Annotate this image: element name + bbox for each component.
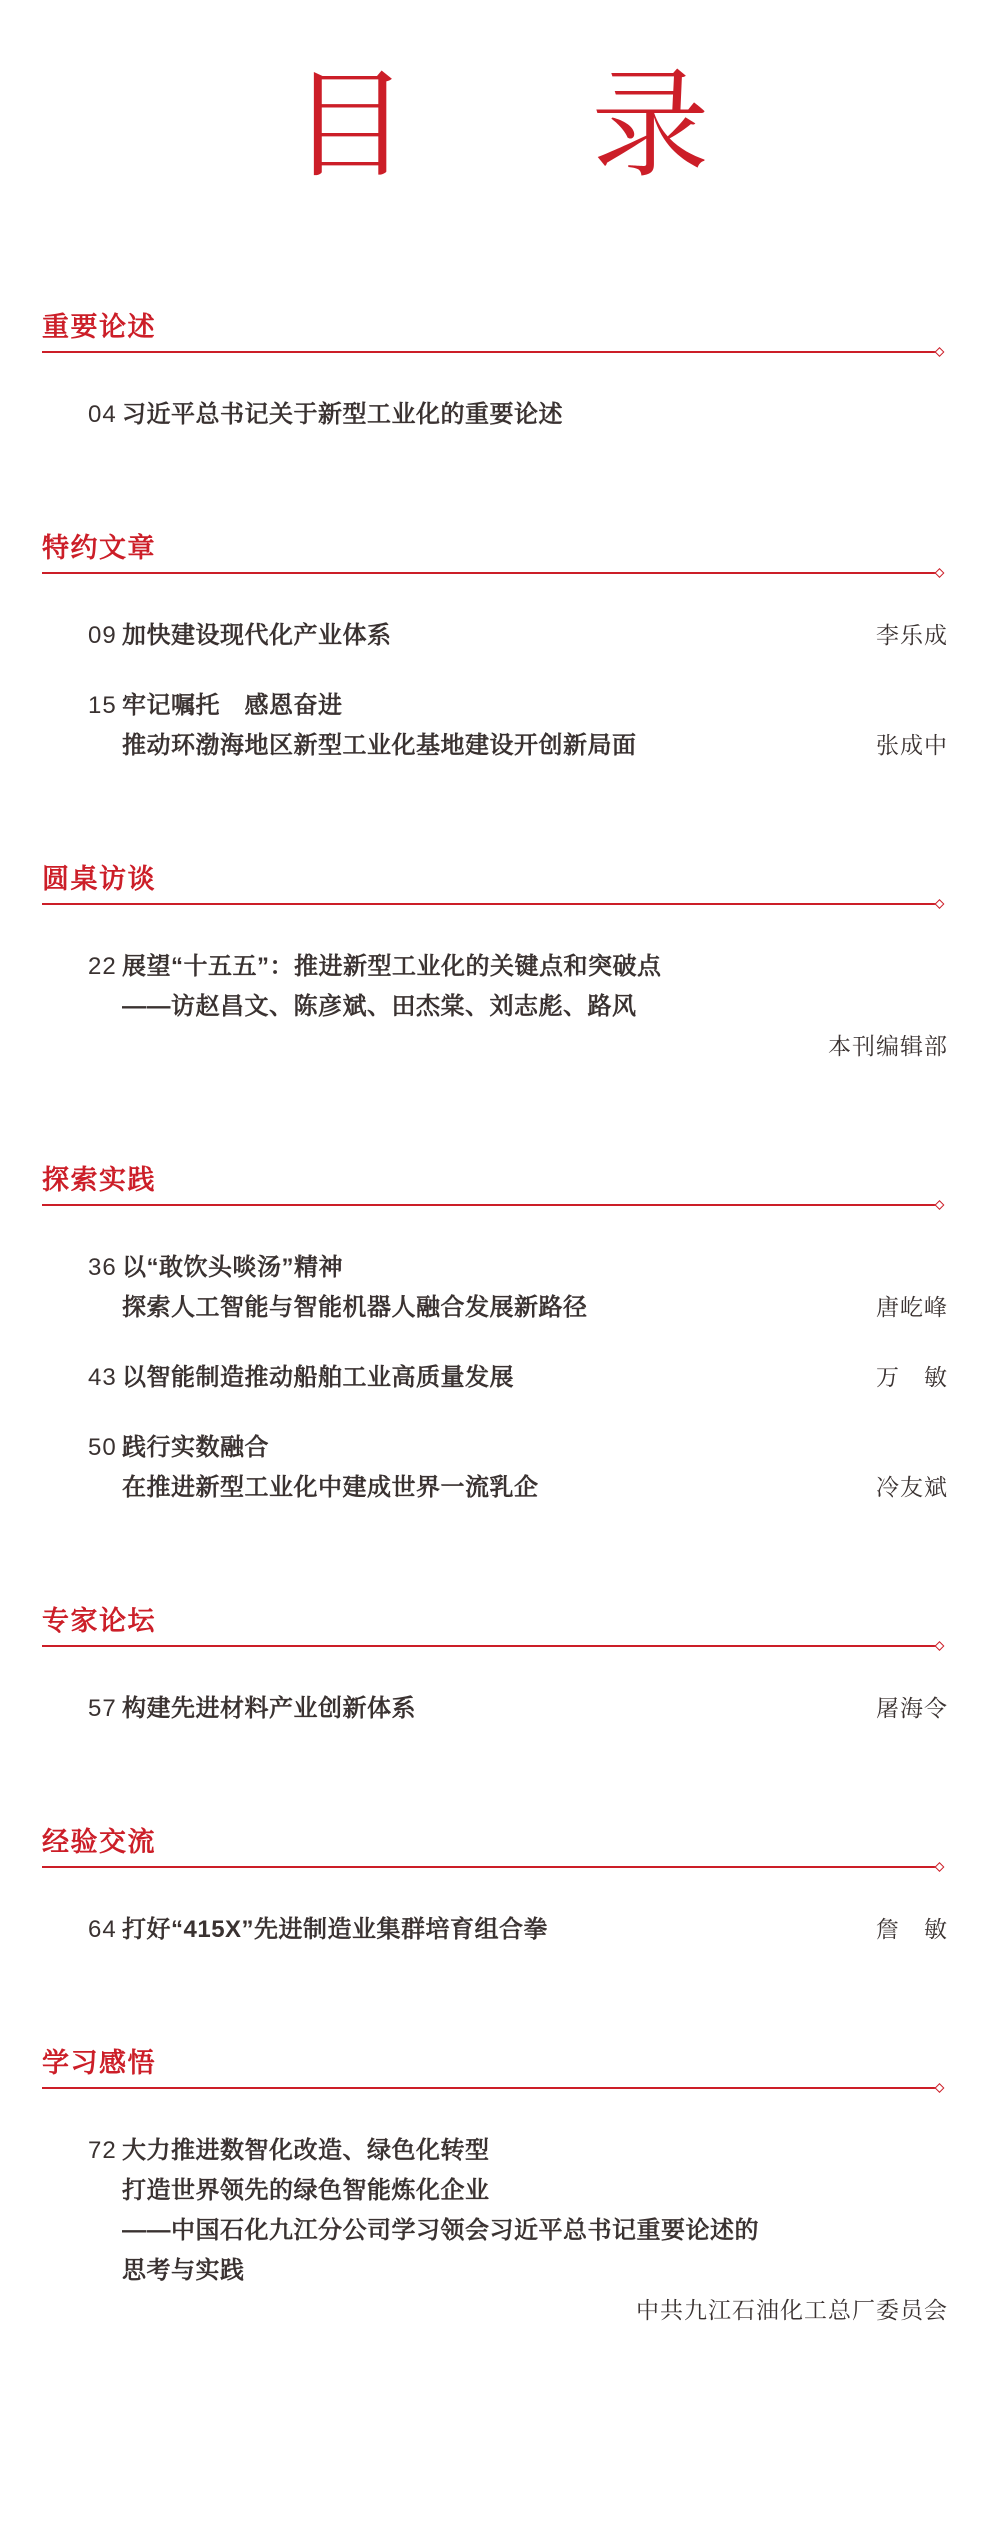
diamond-icon — [935, 1862, 945, 1872]
diamond-icon — [935, 1200, 945, 1210]
entry-line: 72大力推进数智化改造、绿色化转型 — [88, 2131, 948, 2171]
toc-section: 学习感悟 72大力推进数智化改造、绿色化转型打造世界领先的绿色智能炼化企业——中… — [42, 2046, 948, 2331]
entry-line: 50践行实数融合 — [88, 1428, 948, 1468]
entry-title: 以智能制造推动船舶工业高质量发展 — [122, 1358, 514, 1398]
entry-author: 詹 敏 — [846, 1910, 948, 1950]
section-title: 圆桌访谈 — [42, 862, 948, 896]
entry-title: 打造世界领先的绿色智能炼化企业 — [122, 2171, 490, 2211]
section-entries: 22展望“十五五”：推进新型工业化的关键点和突破点——访赵昌文、陈彦斌、田杰棠、… — [88, 947, 948, 1067]
section-underline — [42, 1645, 938, 1647]
entry-author: 唐屹峰 — [846, 1288, 948, 1328]
toc-entry: 43以智能制造推动船舶工业高质量发展万 敏 — [88, 1358, 948, 1398]
entry-page-number: 36 — [88, 1248, 122, 1288]
entry-line: 探索人工智能与智能机器人融合发展新路径唐屹峰 — [88, 1288, 948, 1328]
section-title: 特约文章 — [42, 531, 948, 565]
section-underline — [42, 1866, 938, 1868]
entry-line: 思考与实践 — [88, 2251, 948, 2291]
entry-title: 加快建设现代化产业体系 — [122, 616, 392, 656]
entry-author: 中共九江石油化工总厂委员会 — [636, 2291, 948, 2331]
toc-entry: 36以“敢饮头啖汤”精神探索人工智能与智能机器人融合发展新路径唐屹峰 — [88, 1248, 948, 1328]
section-title: 探索实践 — [42, 1163, 948, 1197]
section-entries: 09加快建设现代化产业体系李乐成15牢记嘱托 感恩奋进推动环渤海地区新型工业化基… — [88, 616, 948, 766]
section-underline — [42, 572, 938, 574]
section-entries: 36以“敢饮头啖汤”精神探索人工智能与智能机器人融合发展新路径唐屹峰43以智能制… — [88, 1248, 948, 1508]
entry-page-number: 43 — [88, 1358, 122, 1398]
entry-line: 36以“敢饮头啖汤”精神 — [88, 1248, 948, 1288]
section-header: 特约文章 — [42, 531, 948, 574]
entry-line: 57构建先进材料产业创新体系屠海令 — [88, 1689, 948, 1729]
entry-title: ——中国石化九江分公司学习领会习近平总书记重要论述的 — [122, 2211, 759, 2251]
entry-line: 推动环渤海地区新型工业化基地建设开创新局面张成中 — [88, 726, 948, 766]
entry-title: 构建先进材料产业创新体系 — [122, 1689, 416, 1729]
section-entries: 64打好“415X”先进制造业集群培育组合拳詹 敏 — [88, 1910, 948, 1950]
entry-title: 推动环渤海地区新型工业化基地建设开创新局面 — [122, 726, 637, 766]
toc-entry: 57构建先进材料产业创新体系屠海令 — [88, 1689, 948, 1729]
toc-entry: 09加快建设现代化产业体系李乐成 — [88, 616, 948, 656]
entry-line: 64打好“415X”先进制造业集群培育组合拳詹 敏 — [88, 1910, 948, 1950]
section-entries: 57构建先进材料产业创新体系屠海令 — [88, 1689, 948, 1729]
diamond-icon — [935, 2083, 945, 2093]
entry-page-number: 22 — [88, 947, 122, 987]
entry-title: 牢记嘱托 感恩奋进 — [122, 686, 343, 726]
entry-author-line: 中共九江石油化工总厂委员会 — [88, 2291, 948, 2331]
entry-title: 以“敢饮头啖汤”精神 — [122, 1248, 343, 1288]
section-title: 经验交流 — [42, 1825, 948, 1859]
toc-entry: 64打好“415X”先进制造业集群培育组合拳詹 敏 — [88, 1910, 948, 1950]
entry-page-number: 09 — [88, 616, 122, 656]
section-header: 圆桌访谈 — [42, 862, 948, 905]
table-of-contents: 重要论述 04习近平总书记关于新型工业化的重要论述 特约文章 09加快建设现代化… — [0, 310, 1000, 2331]
entry-title: 践行实数融合 — [122, 1428, 269, 1468]
section-underline — [42, 351, 938, 353]
entry-line: 在推进新型工业化中建成世界一流乳企冷友斌 — [88, 1468, 948, 1508]
section-header: 重要论述 — [42, 310, 948, 353]
entry-title: 打好“415X”先进制造业集群培育组合拳 — [122, 1910, 548, 1950]
entry-title: ——访赵昌文、陈彦斌、田杰棠、刘志彪、路风 — [122, 987, 637, 1027]
entry-line: 22展望“十五五”：推进新型工业化的关键点和突破点 — [88, 947, 948, 987]
section-header: 专家论坛 — [42, 1604, 948, 1647]
entry-line: 09加快建设现代化产业体系李乐成 — [88, 616, 948, 656]
toc-section: 专家论坛 57构建先进材料产业创新体系屠海令 — [42, 1604, 948, 1729]
entry-author: 万 敏 — [846, 1358, 948, 1398]
toc-section: 圆桌访谈 22展望“十五五”：推进新型工业化的关键点和突破点——访赵昌文、陈彦斌… — [42, 862, 948, 1067]
entry-page-number: 15 — [88, 686, 122, 726]
diamond-icon — [935, 568, 945, 578]
entry-page-number: 72 — [88, 2131, 122, 2171]
page-title: 目 录 — [0, 62, 1000, 192]
section-underline — [42, 903, 938, 905]
section-title: 重要论述 — [42, 310, 948, 344]
diamond-icon — [935, 347, 945, 357]
toc-section: 特约文章 09加快建设现代化产业体系李乐成15牢记嘱托 感恩奋进推动环渤海地区新… — [42, 531, 948, 766]
section-underline — [42, 1204, 938, 1206]
section-title: 学习感悟 — [42, 2046, 948, 2080]
section-header: 学习感悟 — [42, 2046, 948, 2089]
entry-line: 04习近平总书记关于新型工业化的重要论述 — [88, 395, 948, 435]
section-entries: 04习近平总书记关于新型工业化的重要论述 — [88, 395, 948, 435]
entry-author: 李乐成 — [846, 616, 948, 656]
toc-entry: 04习近平总书记关于新型工业化的重要论述 — [88, 395, 948, 435]
toc-entry: 72大力推进数智化改造、绿色化转型打造世界领先的绿色智能炼化企业——中国石化九江… — [88, 2131, 948, 2331]
section-header: 探索实践 — [42, 1163, 948, 1206]
entry-title: 在推进新型工业化中建成世界一流乳企 — [122, 1468, 539, 1508]
toc-section: 重要论述 04习近平总书记关于新型工业化的重要论述 — [42, 310, 948, 435]
entry-title: 习近平总书记关于新型工业化的重要论述 — [122, 395, 563, 435]
entry-title: 大力推进数智化改造、绿色化转型 — [122, 2131, 490, 2171]
entry-author: 屠海令 — [846, 1689, 948, 1729]
toc-entry: 22展望“十五五”：推进新型工业化的关键点和突破点——访赵昌文、陈彦斌、田杰棠、… — [88, 947, 948, 1067]
entry-line: ——中国石化九江分公司学习领会习近平总书记重要论述的 — [88, 2211, 948, 2251]
entry-author: 本刊编辑部 — [828, 1027, 948, 1067]
toc-entry: 15牢记嘱托 感恩奋进推动环渤海地区新型工业化基地建设开创新局面张成中 — [88, 686, 948, 766]
toc-section: 经验交流 64打好“415X”先进制造业集群培育组合拳詹 敏 — [42, 1825, 948, 1950]
section-title: 专家论坛 — [42, 1604, 948, 1638]
entry-author: 冷友斌 — [846, 1468, 948, 1508]
entry-line: 打造世界领先的绿色智能炼化企业 — [88, 2171, 948, 2211]
diamond-icon — [935, 899, 945, 909]
entry-line: 15牢记嘱托 感恩奋进 — [88, 686, 948, 726]
toc-entry: 50践行实数融合在推进新型工业化中建成世界一流乳企冷友斌 — [88, 1428, 948, 1508]
entry-line: 43以智能制造推动船舶工业高质量发展万 敏 — [88, 1358, 948, 1398]
entry-line: ——访赵昌文、陈彦斌、田杰棠、刘志彪、路风 — [88, 987, 948, 1027]
diamond-icon — [935, 1641, 945, 1651]
entry-title: 思考与实践 — [122, 2251, 245, 2291]
toc-sections: 重要论述 04习近平总书记关于新型工业化的重要论述 特约文章 09加快建设现代化… — [42, 310, 948, 2331]
entry-author: 张成中 — [846, 726, 948, 766]
toc-section: 探索实践 36以“敢饮头啖汤”精神探索人工智能与智能机器人融合发展新路径唐屹峰4… — [42, 1163, 948, 1508]
entry-page-number: 04 — [88, 395, 122, 435]
section-header: 经验交流 — [42, 1825, 948, 1868]
section-entries: 72大力推进数智化改造、绿色化转型打造世界领先的绿色智能炼化企业——中国石化九江… — [88, 2131, 948, 2331]
entry-page-number: 50 — [88, 1428, 122, 1468]
entry-page-number: 64 — [88, 1910, 122, 1950]
section-underline — [42, 2087, 938, 2089]
entry-title: 探索人工智能与智能机器人融合发展新路径 — [122, 1288, 588, 1328]
entry-author-line: 本刊编辑部 — [88, 1027, 948, 1067]
entry-title: 展望“十五五”：推进新型工业化的关键点和突破点 — [122, 947, 662, 987]
entry-page-number: 57 — [88, 1689, 122, 1729]
